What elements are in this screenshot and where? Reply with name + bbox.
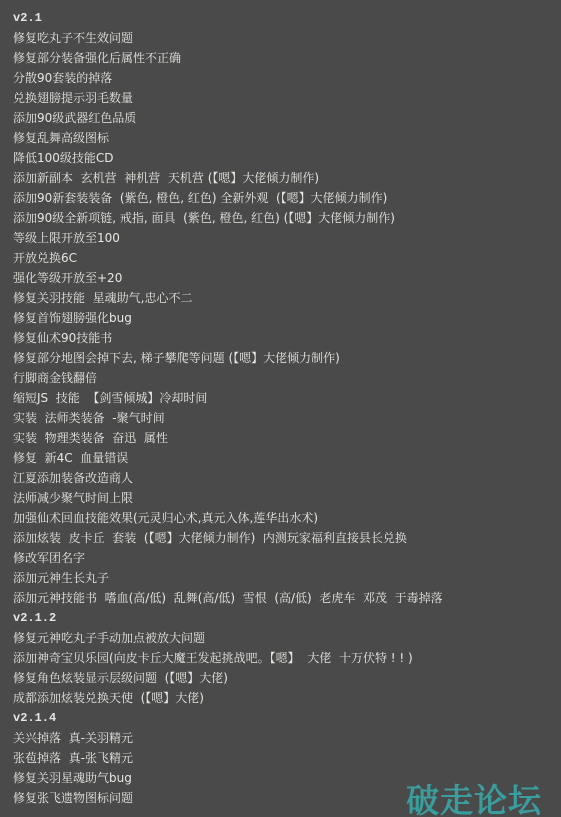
changelog-item: 修复 新4C 血量错误 xyxy=(13,448,443,468)
version-heading: v2.1.4 xyxy=(13,708,443,728)
changelog-item: 法师减少聚气时间上限 xyxy=(13,488,443,508)
changelog-item: 修复部分装备强化后属性不正确 xyxy=(13,48,443,68)
changelog-item: 张苞掉落 真-张飞精元 xyxy=(13,748,443,768)
changelog-item: 修复部分地图会掉下去, 梯子攀爬等问题 (【嗯】大佬倾力制作) xyxy=(13,348,443,368)
changelog-item: 修复角色炫装显示层级问题 (【嗯】大佬) xyxy=(13,668,443,688)
changelog-item: 实装 物理类装备 奋迅 属性 xyxy=(13,428,443,448)
changelog-item: 修复张飞遗物图标问题 xyxy=(13,788,443,808)
changelog-item: 修复关羽技能 星魂助气,忠心不二 xyxy=(13,288,443,308)
changelog-item: 添加元神技能书 嗜血(高/低) 乱舞(高/低) 雪恨 (高/低) 老虎车 邓茂 … xyxy=(13,588,443,608)
changelog-item: 添加90级全新项链, 戒指, 面具 (紫色, 橙色, 红色) (【嗯】大佬倾力制… xyxy=(13,208,443,228)
changelog-item: 强化等级开放至+20 xyxy=(13,268,443,288)
changelog: v2.1 修复吃丸子不生效问题 修复部分装备强化后属性不正确 分散90套装的掉落… xyxy=(13,8,443,808)
version-heading: v2.1 xyxy=(13,8,443,28)
changelog-item: 分散90套装的掉落 xyxy=(13,68,443,88)
changelog-item: 添加元神生长丸子 xyxy=(13,568,443,588)
changelog-item: 添加新副本 玄机营 神机营 天机营 (【嗯】大佬倾力制作) xyxy=(13,168,443,188)
changelog-item: 修复仙术90技能书 xyxy=(13,328,443,348)
changelog-item: 修改军团名字 xyxy=(13,548,443,568)
changelog-item: 添加90新套装装备 (紫色, 橙色, 红色) 全新外观 (【嗯】大佬倾力制作) xyxy=(13,188,443,208)
changelog-item: 实装 法师类装备 -聚气时间 xyxy=(13,408,443,428)
changelog-item: 修复首饰翅膀强化bug xyxy=(13,308,443,328)
changelog-item: 等级上限开放至100 xyxy=(13,228,443,248)
changelog-item: 缩短JS 技能 【剑雪倾城】冷却时间 xyxy=(13,388,443,408)
changelog-item: 添加90级武器红色品质 xyxy=(13,108,443,128)
changelog-item: 降低100级技能CD xyxy=(13,148,443,168)
forum-watermark: 破走论坛 xyxy=(406,775,542,817)
changelog-item: 行脚商金钱翻倍 xyxy=(13,368,443,388)
changelog-item: 添加神奇宝贝乐园(向皮卡丘大魔王发起挑战吧。【嗯】 大佬 十万伏特 ! ! ) xyxy=(13,648,443,668)
changelog-item: 关兴掉落 真-关羽精元 xyxy=(13,728,443,748)
changelog-item: 开放兑换6C xyxy=(13,248,443,268)
changelog-item: 修复吃丸子不生效问题 xyxy=(13,28,443,48)
changelog-item: 江夏添加装备改造商人 xyxy=(13,468,443,488)
changelog-item: 修复关羽星魂助气bug xyxy=(13,768,443,788)
version-heading: v2.1.2 xyxy=(13,608,443,628)
changelog-item: 添加炫装 皮卡丘 套装 (【嗯】大佬倾力制作) 内测玩家福利直接县长兑换 xyxy=(13,528,443,548)
changelog-item: 兑换翅膀提示羽毛数量 xyxy=(13,88,443,108)
changelog-item: 加强仙术回血技能效果(元灵归心术,真元入体,莲华出水术) xyxy=(13,508,443,528)
changelog-item: 成都添加炫装兑换天使 (【嗯】大佬) xyxy=(13,688,443,708)
changelog-item: 修复乱舞高级图标 xyxy=(13,128,443,148)
changelog-item: 修复元神吃丸子手动加点被放大问题 xyxy=(13,628,443,648)
